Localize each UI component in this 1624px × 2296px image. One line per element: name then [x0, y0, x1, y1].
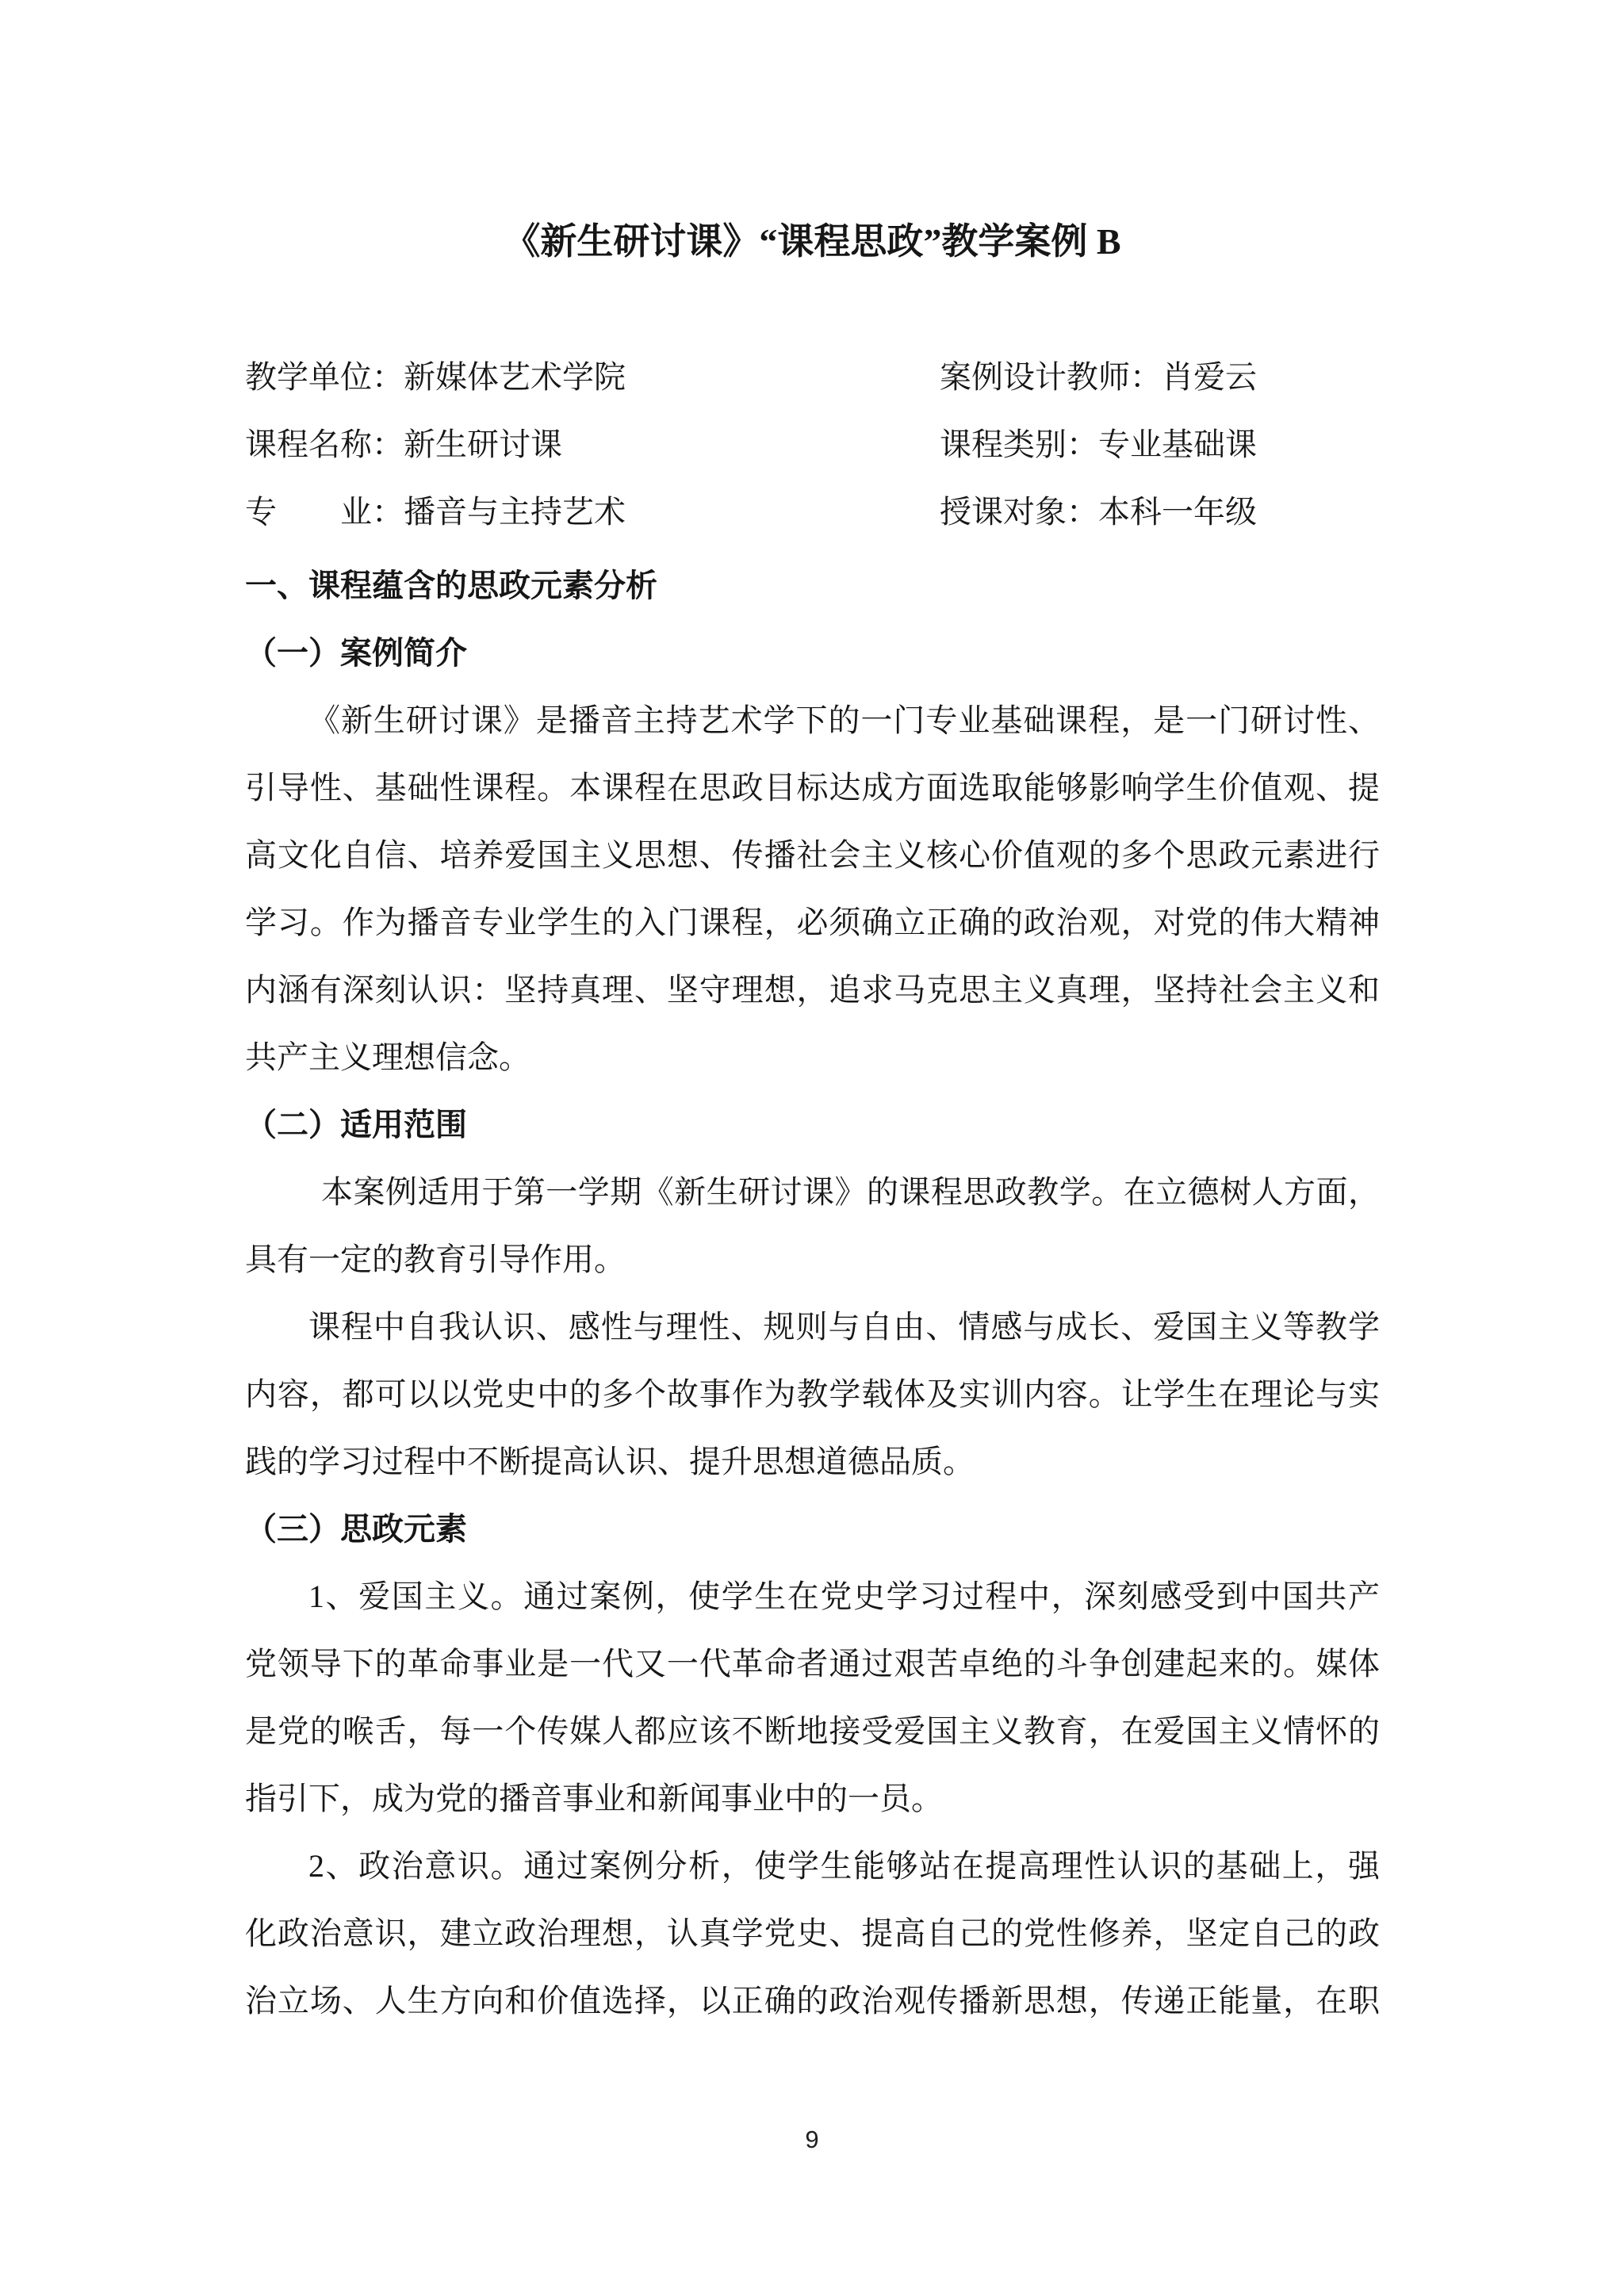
- info-row: 课程名称：新生研讨课课程类别：专业基础课: [245, 411, 1380, 478]
- info-left: 教学单位：新媒体艺术学院: [245, 359, 626, 395]
- text-line: 是党的喉舌，每一个传媒人都应该不断地接受爱国主义教育，在爱国主义情怀的: [245, 1697, 1380, 1765]
- section-heading: （二）适用范围: [245, 1091, 1380, 1158]
- info-row: 教学单位：新媒体艺术学院案例设计教师：肖爱云: [245, 343, 1380, 411]
- section-heading: （三）思政元素: [245, 1495, 1380, 1563]
- info-right: 案例设计教师：肖爱云: [940, 343, 1257, 411]
- text-line: 学习。作为播音专业学生的入门课程，必须确立正确的政治观，对党的伟大精神: [245, 889, 1380, 956]
- document-page: 《新生研讨课》“课程思政”教学案例 B 教学单位：新媒体艺术学院案例设计教师：肖…: [0, 0, 1624, 2296]
- text-line: 党领导下的革命事业是一代又一代革命者通过艰苦卓绝的斗争创建起来的。媒体: [245, 1630, 1380, 1697]
- text-line: 本案例适用于第一学期《新生研讨课》的课程思政教学。在立德树人方面，: [245, 1158, 1380, 1226]
- info-right: 课程类别：专业基础课: [940, 411, 1257, 478]
- text-line: 《新生研讨课》是播音主持艺术学下的一门专业基础课程，是一门研讨性、: [245, 687, 1380, 754]
- info-left: 专 业：播音与主持艺术: [245, 494, 626, 530]
- text-line: 共产主义理想信念。: [245, 1024, 1380, 1091]
- section-heading: 一、课程蕴含的思政元素分析: [245, 552, 1380, 619]
- course-info: 教学单位：新媒体艺术学院案例设计教师：肖爱云课程名称：新生研讨课课程类别：专业基…: [245, 343, 1380, 545]
- text-line: 课程中自我认识、感性与理性、规则与自由、情感与成长、爱国主义等教学: [245, 1293, 1380, 1360]
- text-line: 内涵有深刻认识：坚持真理、坚守理想，追求马克思主义真理，坚持社会主义和: [245, 956, 1380, 1024]
- section-heading: （一）案例简介: [245, 619, 1380, 687]
- text-line: 引导性、基础性课程。本课程在思政目标达成方面选取能够影响学生价值观、提: [245, 754, 1380, 821]
- info-left: 课程名称：新生研讨课: [245, 427, 562, 462]
- document-content: 《新生研讨课》“课程思政”教学案例 B 教学单位：新媒体艺术学院案例设计教师：肖…: [245, 0, 1380, 2034]
- text-line: 践的学习过程中不断提高认识、提升思想道德品质。: [245, 1428, 1380, 1495]
- text-line: 2、政治意识。通过案例分析，使学生能够站在提高理性认识的基础上，强: [245, 1832, 1380, 1900]
- document-body: 一、课程蕴含的思政元素分析（一）案例简介《新生研讨课》是播音主持艺术学下的一门专…: [245, 552, 1380, 2034]
- text-line: 内容，都可以以党史中的多个故事作为教学载体及实训内容。让学生在理论与实: [245, 1360, 1380, 1428]
- page-number: 9: [0, 2122, 1624, 2158]
- info-right: 授课对象：本科一年级: [940, 478, 1257, 545]
- text-line: 治立场、人生方向和价值选择，以正确的政治观传播新思想，传递正能量，在职: [245, 1967, 1380, 2034]
- text-line: 指引下，成为党的播音事业和新闻事业中的一员。: [245, 1765, 1380, 1832]
- info-row: 专 业：播音与主持艺术授课对象：本科一年级: [245, 478, 1380, 545]
- text-line: 化政治意识，建立政治理想，认真学党史、提高自己的党性修养，坚定自己的政: [245, 1900, 1380, 1967]
- document-title: 《新生研讨课》“课程思政”教学案例 B: [245, 208, 1380, 275]
- text-line: 1、爱国主义。通过案例，使学生在党史学习过程中，深刻感受到中国共产: [245, 1563, 1380, 1630]
- text-line: 具有一定的教育引导作用。: [245, 1226, 1380, 1293]
- text-line: 高文化自信、培养爱国主义思想、传播社会主义核心价值观的多个思政元素进行: [245, 821, 1380, 889]
